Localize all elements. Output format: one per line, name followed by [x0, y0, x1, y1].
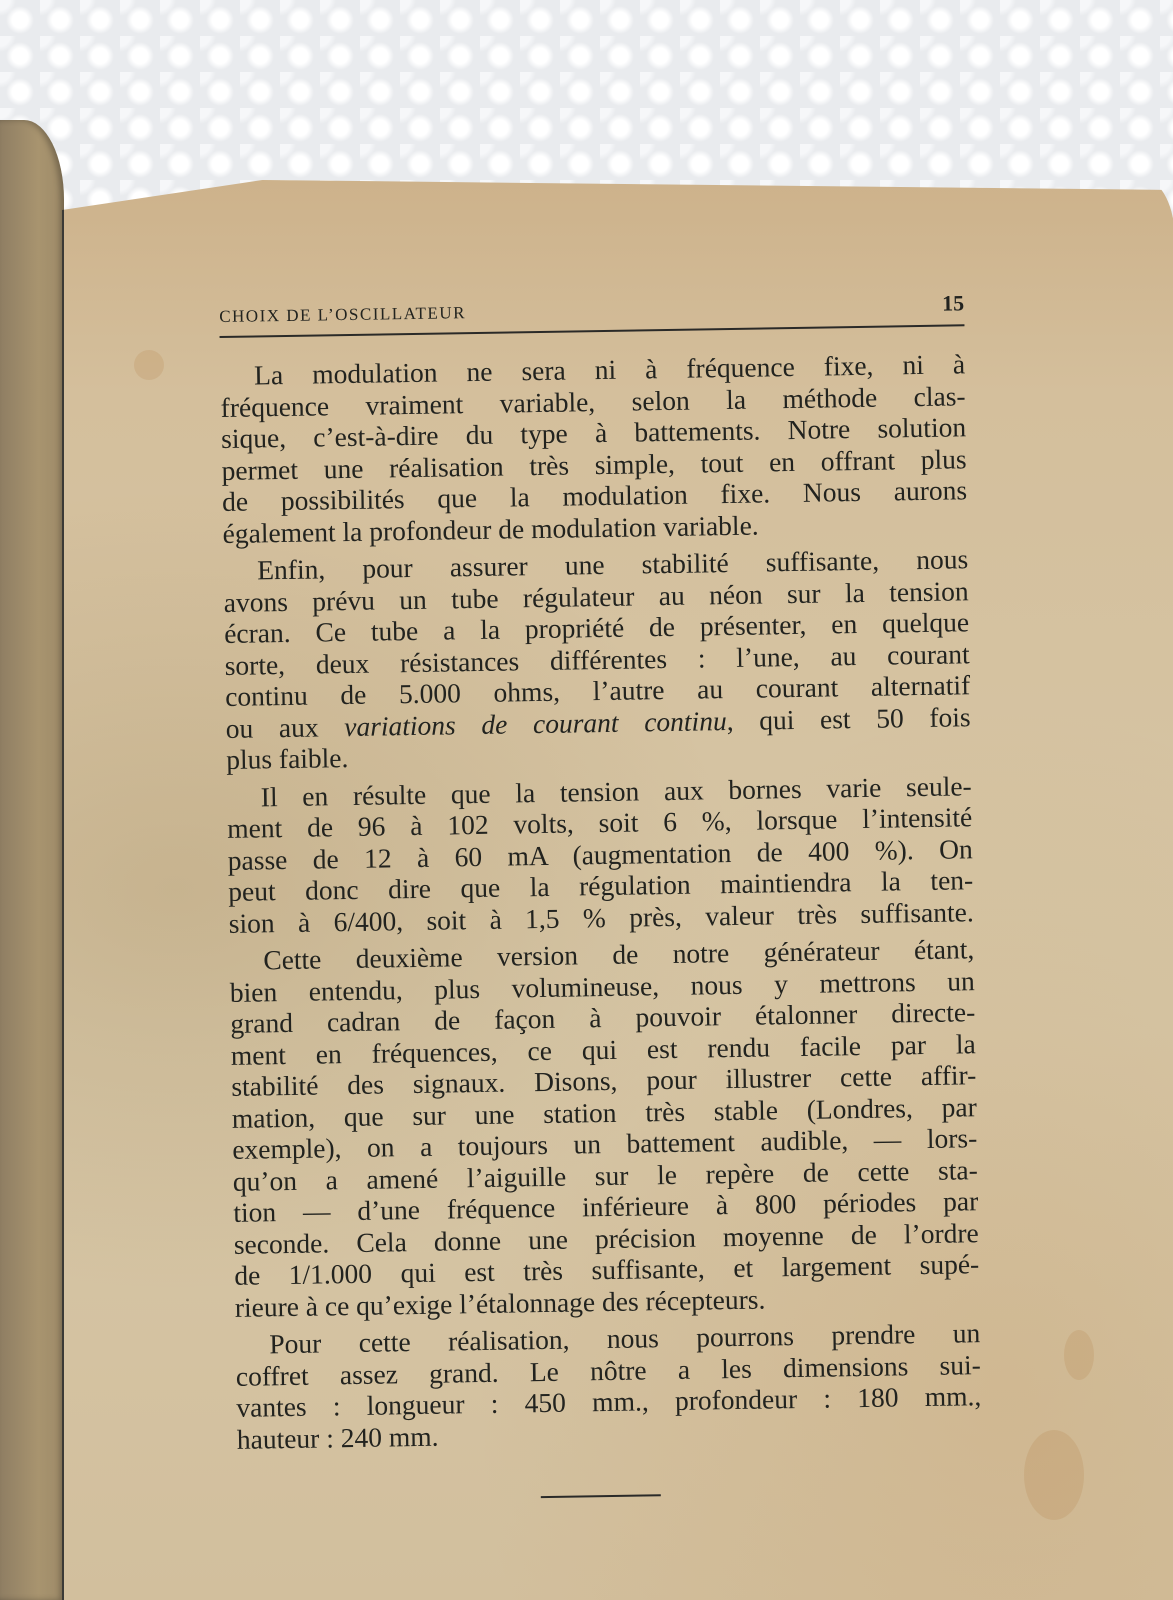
paragraph-5: Pour cette réalisation, nous pourrons pr…	[235, 1317, 982, 1455]
paragraph-4: Cette deuxième version de notre générate…	[229, 933, 980, 1323]
page-content: CHOIX DE L’OSCILLATEUR 15 La modulation …	[219, 290, 983, 1503]
left-page-edge	[0, 120, 64, 1600]
page-number: 15	[942, 290, 964, 316]
italic-text: variations de courant continu	[344, 705, 727, 742]
paper-stain	[134, 350, 164, 380]
running-header: CHOIX DE L’OSCILLATEUR 15	[219, 290, 964, 338]
body-text: La modulation ne sera ni à fréquence fix…	[220, 348, 982, 1455]
paragraph-1: La modulation ne sera ni à fréquence fix…	[220, 348, 968, 549]
paragraph-3: Il en résulte que la tension aux bornes …	[227, 770, 974, 939]
running-title: CHOIX DE L’OSCILLATEUR	[219, 303, 466, 327]
paper-stain	[1064, 1330, 1094, 1380]
text-segment: ou aux	[225, 711, 344, 744]
book-page: CHOIX DE L’OSCILLATEUR 15 La modulation …	[62, 180, 1173, 1600]
text-segment: , qui est 50 fois	[726, 701, 970, 736]
end-of-section-rule	[540, 1494, 660, 1498]
paragraph-2: Enfin, pour assurer une stabilité suffis…	[223, 543, 971, 775]
paper-stain	[1024, 1430, 1084, 1520]
